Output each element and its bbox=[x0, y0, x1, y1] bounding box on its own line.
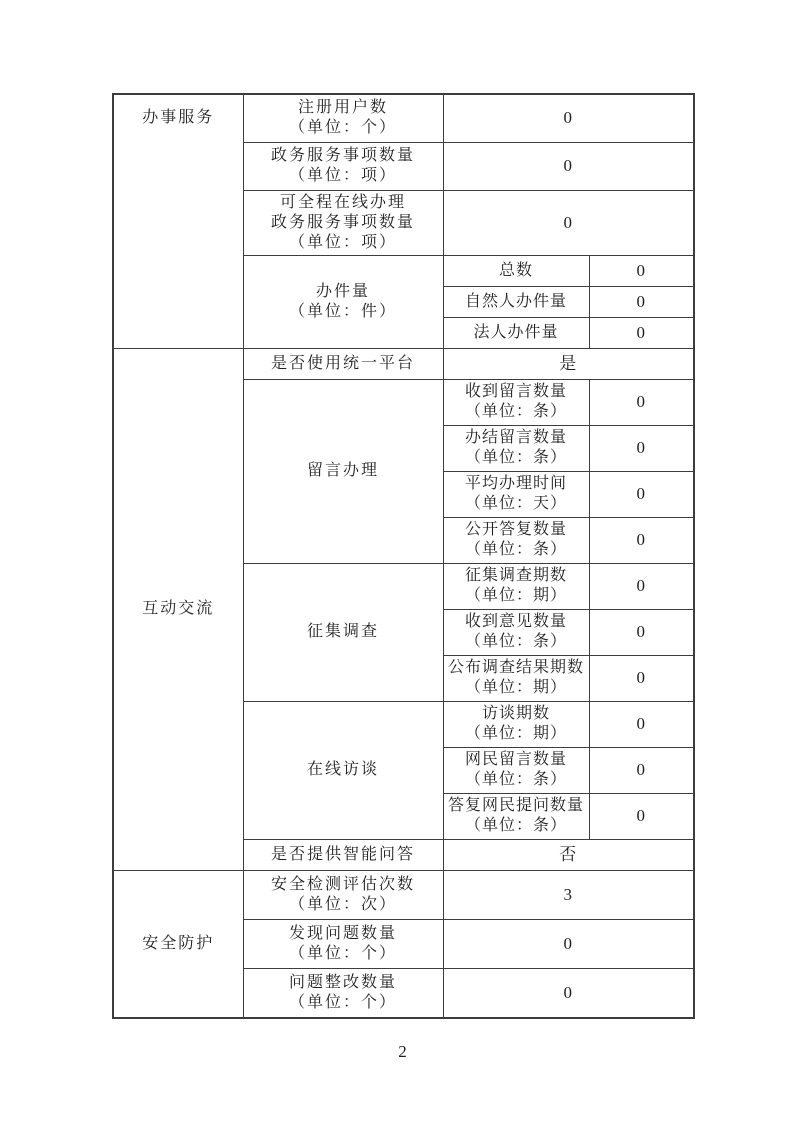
sub-label-cell: 平均办理时间 （单位：天） bbox=[443, 471, 589, 517]
value-cell: 0 bbox=[589, 286, 694, 317]
item-label-cell: 是否提供智能问答 bbox=[243, 839, 443, 870]
value-cell: 0 bbox=[589, 255, 694, 286]
sub-label-cell: 公开答复数量 （单位：条） bbox=[443, 517, 589, 563]
item-label-cell: 问题整改数量 （单位：个） bbox=[243, 968, 443, 1018]
value-cell: 0 bbox=[443, 968, 694, 1018]
value-cell: 0 bbox=[589, 563, 694, 609]
value-cell: 0 bbox=[589, 701, 694, 747]
sub-label-cell: 法人办件量 bbox=[443, 317, 589, 348]
table-row: 办事服务 注册用户数 （单位：个） 0 bbox=[113, 94, 694, 142]
value-cell: 0 bbox=[589, 517, 694, 563]
sub-label-cell: 自然人办件量 bbox=[443, 286, 589, 317]
value-cell: 0 bbox=[589, 317, 694, 348]
item-label-cell: 办件量 （单位：件） bbox=[243, 255, 443, 348]
value-cell: 否 bbox=[443, 839, 694, 870]
item-label-cell: 在线访谈 bbox=[243, 701, 443, 839]
value-cell: 3 bbox=[443, 870, 694, 919]
table-row: 互动交流 是否使用统一平台 是 bbox=[113, 348, 694, 379]
value-cell: 0 bbox=[589, 747, 694, 793]
value-cell: 0 bbox=[589, 793, 694, 839]
item-label-cell: 留言办理 bbox=[243, 379, 443, 563]
group-cell-interaction: 互动交流 bbox=[113, 348, 243, 870]
value-cell: 0 bbox=[589, 655, 694, 701]
value-cell: 是 bbox=[443, 348, 694, 379]
sub-label-cell: 征集调查期数 （单位：期） bbox=[443, 563, 589, 609]
item-label-cell: 安全检测评估次数 （单位：次） bbox=[243, 870, 443, 919]
sub-label-cell: 公布调查结果期数 （单位：期） bbox=[443, 655, 589, 701]
sub-label-cell: 答复网民提问数量 （单位：条） bbox=[443, 793, 589, 839]
item-label-cell: 是否使用统一平台 bbox=[243, 348, 443, 379]
table-row: 安全防护 安全检测评估次数 （单位：次） 3 bbox=[113, 870, 694, 919]
sub-label-cell: 总数 bbox=[443, 255, 589, 286]
report-table: 办事服务 注册用户数 （单位：个） 0 政务服务事项数量 （单位：项） 0 可全… bbox=[112, 93, 695, 1019]
sub-label-cell: 办结留言数量 （单位：条） bbox=[443, 425, 589, 471]
value-cell: 0 bbox=[589, 471, 694, 517]
value-cell: 0 bbox=[443, 142, 694, 190]
item-label-cell: 可全程在线办理 政务服务事项数量 （单位：项） bbox=[243, 190, 443, 255]
sub-label-cell: 网民留言数量 （单位：条） bbox=[443, 747, 589, 793]
page-number: 2 bbox=[112, 1042, 693, 1062]
sub-label-cell: 访谈期数 （单位：期） bbox=[443, 701, 589, 747]
item-label-cell: 发现问题数量 （单位：个） bbox=[243, 919, 443, 968]
value-cell: 0 bbox=[589, 379, 694, 425]
value-cell: 0 bbox=[443, 94, 694, 142]
sub-label-cell: 收到留言数量 （单位：条） bbox=[443, 379, 589, 425]
value-cell: 0 bbox=[443, 190, 694, 255]
item-label-cell: 征集调查 bbox=[243, 563, 443, 701]
sub-label-cell: 收到意见数量 （单位：条） bbox=[443, 609, 589, 655]
item-label-cell: 政务服务事项数量 （单位：项） bbox=[243, 142, 443, 190]
value-cell: 0 bbox=[443, 919, 694, 968]
document-page: 办事服务 注册用户数 （单位：个） 0 政务服务事项数量 （单位：项） 0 可全… bbox=[0, 0, 793, 1122]
group-cell-service: 办事服务 bbox=[113, 94, 243, 348]
value-cell: 0 bbox=[589, 609, 694, 655]
item-label-cell: 注册用户数 （单位：个） bbox=[243, 94, 443, 142]
value-cell: 0 bbox=[589, 425, 694, 471]
group-cell-security: 安全防护 bbox=[113, 870, 243, 1018]
